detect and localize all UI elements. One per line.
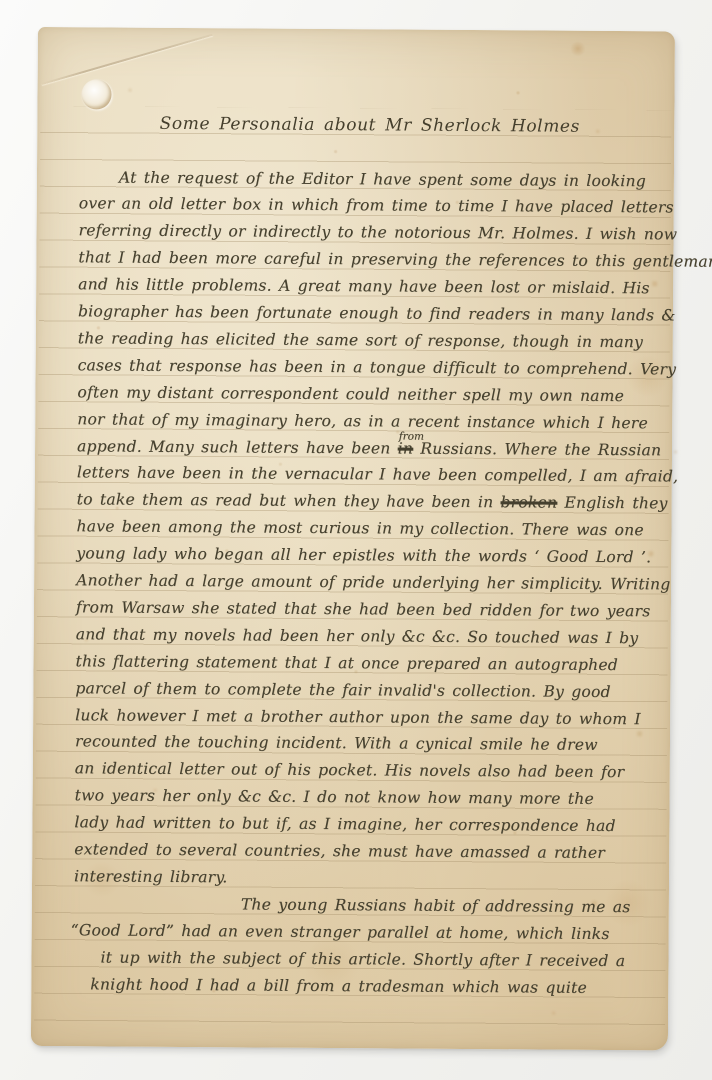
manuscript-line-text: The young Russians habit of addressing m…	[241, 895, 631, 916]
manuscript-line: it up with the subject of this article. …	[100, 948, 625, 971]
manuscript-line: The young Russians habit of addressing m…	[241, 895, 631, 917]
manuscript-line: Another had a large amount of pride unde…	[76, 571, 670, 594]
manuscript-line: interesting library.	[74, 867, 228, 887]
manuscript-line-text: young lady who began all her epistles wi…	[76, 544, 651, 566]
manuscript-line-text: an identical letter out of his pocket. H…	[75, 760, 625, 782]
manuscript-line: biographer has been fortunate enough to …	[78, 302, 676, 325]
manuscript-line: parcel of them to complete the fair inva…	[75, 679, 610, 702]
manuscript-line: from Warsaw she stated that she had been…	[76, 598, 651, 621]
manuscript-line-text: English they	[557, 494, 667, 513]
manuscript-line-text: from Warsaw she stated that she had been…	[76, 598, 651, 620]
manuscript-line-text: biographer has been fortunate enough to …	[78, 302, 676, 324]
manuscript-line-text: Russians. Where the Russian	[413, 439, 661, 459]
manuscript-line-text: two years her only &c &c. I do not know …	[75, 786, 594, 808]
manuscript-line: letters have been in the vernacular I ha…	[77, 464, 678, 487]
manuscript-line-text: interesting library.	[74, 867, 228, 886]
manuscript-line: and his little problems. A great many ha…	[78, 275, 650, 298]
manuscript-line: knight hood I had a bill from a tradesma…	[90, 975, 587, 997]
manuscript-line-text: “Good Lord” had an even stranger paralle…	[71, 921, 610, 943]
manuscript-line: young lady who began all her epistles wi…	[76, 544, 651, 567]
manuscript-line: extended to several countries, she must …	[74, 840, 605, 863]
manuscript-line-text: lady had written to but if, as I imagine…	[74, 813, 615, 835]
manuscript-line: luck however I met a brother author upon…	[75, 706, 641, 729]
manuscript-line-text: the reading has elicited the same sort o…	[78, 329, 643, 351]
manuscript-line-text: parcel of them to complete the fair inva…	[75, 679, 610, 701]
manuscript-line: often my distant correspondent could nei…	[77, 383, 624, 406]
struck-out-word: broken	[500, 494, 557, 512]
manuscript-line: have been among the most curious in my c…	[76, 517, 643, 540]
manuscript-line-text: to take them as read but when they have …	[77, 491, 501, 512]
manuscript-line-text: that I had been more careful in preservi…	[78, 248, 712, 270]
manuscript-line: and that my novels had been her only &c …	[76, 625, 639, 648]
manuscript-line-text: At the request of the Editor I have spen…	[119, 168, 646, 190]
manuscript-line-text: referring directly or indirectly to the …	[79, 222, 678, 244]
manuscript-line-text: knight hood I had a bill from a tradesma…	[90, 975, 587, 996]
manuscript-line-text: this flattering statement that I at once…	[76, 652, 619, 674]
manuscript-line: lady had written to but if, as I imagine…	[74, 813, 615, 836]
manuscript-line: cases that response has been in a tongue…	[78, 356, 677, 379]
correction-group: fromin	[398, 439, 414, 458]
manuscript-line-text: luck however I met a brother author upon…	[75, 706, 641, 728]
manuscript-line: an identical letter out of his pocket. H…	[75, 760, 625, 783]
manuscript-line-text: append. Many such letters have been	[77, 437, 398, 457]
manuscript-line-text: nor that of my imaginary hero, as in a r…	[77, 410, 648, 432]
manuscript-line-text: have been among the most curious in my c…	[76, 517, 643, 539]
manuscript-line-text: cases that response has been in a tongue…	[78, 356, 677, 378]
manuscript-line: At the request of the Editor I have spen…	[119, 168, 646, 191]
manuscript-line: nor that of my imaginary hero, as in a r…	[77, 410, 648, 433]
manuscript-line: two years her only &c &c. I do not know …	[75, 786, 594, 809]
manuscript-text: At the request of the Editor I have spen…	[31, 27, 675, 1050]
manuscript-line-text: letters have been in the vernacular I ha…	[77, 464, 678, 486]
scan-background: Some Personalia about Mr Sherlock Holmes…	[0, 0, 712, 1080]
manuscript-line-text: and that my novels had been her only &c …	[76, 625, 639, 647]
manuscript-line-text: extended to several countries, she must …	[74, 840, 605, 862]
manuscript-page: Some Personalia about Mr Sherlock Holmes…	[31, 27, 675, 1050]
manuscript-line: the reading has elicited the same sort o…	[78, 329, 643, 352]
manuscript-line: over an old letter box in which from tim…	[79, 195, 674, 218]
manuscript-line: append. Many such letters have been from…	[77, 437, 661, 460]
manuscript-line-text: recounted the touching incident. With a …	[75, 733, 598, 755]
manuscript-line-text: often my distant correspondent could nei…	[77, 383, 624, 405]
inserted-word-above: from	[399, 427, 424, 446]
manuscript-line-text: Another had a large amount of pride unde…	[76, 571, 670, 593]
manuscript-line-text: over an old letter box in which from tim…	[79, 195, 674, 217]
manuscript-line: referring directly or indirectly to the …	[79, 222, 678, 245]
manuscript-line: “Good Lord” had an even stranger paralle…	[71, 921, 610, 944]
manuscript-line-text: it up with the subject of this article. …	[100, 948, 625, 970]
manuscript-line-text: and his little problems. A great many ha…	[78, 275, 650, 297]
manuscript-line: this flattering statement that I at once…	[76, 652, 619, 675]
manuscript-line: to take them as read but when they have …	[77, 491, 668, 514]
manuscript-line: that I had been more careful in preservi…	[78, 248, 712, 271]
manuscript-line: recounted the touching incident. With a …	[75, 733, 598, 756]
